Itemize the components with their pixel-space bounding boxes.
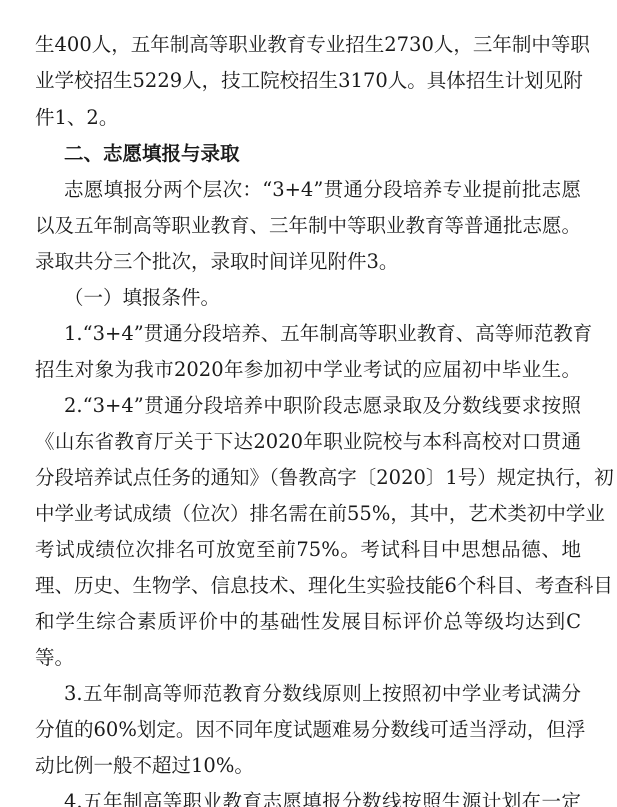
body-text-line: 志愿填报分两个层次：“3+4”贯通分段培养专业提前批志愿	[64, 178, 581, 202]
body-text-line: 分值的60%划定。因不同年度试题难易分数线可适当浮动，但浮	[35, 718, 581, 742]
body-text-line: 和学生综合素质评价中的基础性发展目标评价总等级均达到C	[35, 610, 581, 634]
subsection-heading: （一）填报条件。	[64, 286, 581, 310]
list-item-text: 1.“3+4”贯通分段培养、五年制高等职业教育、高等师范教育	[64, 322, 581, 346]
section-heading: 二、志愿填报与录取	[64, 142, 581, 166]
body-text-line: 理、历史、生物学、信息技术、理化生实验技能6个科目、考查科目	[35, 574, 581, 598]
body-text-line: 动比例一般不超过10%。	[35, 754, 581, 778]
list-item-text: 2.“3+4”贯通分段培养中职阶段志愿录取及分数线要求按照	[64, 394, 581, 418]
body-text-line: 考试成绩位次排名可放宽至前75%。考试科目中思想品德、地	[35, 538, 581, 562]
body-text-line: 分段培养试点任务的通知》（鲁教高字〔2020〕1号）规定执行，初	[35, 466, 581, 490]
body-text-line: 件1、2。	[35, 106, 581, 130]
list-item-text: 3.五年制高等师范教育分数线原则上按照初中学业考试满分	[64, 682, 581, 706]
body-text-line: 《山东省教育厅关于下达2020年职业院校与本科高校对口贯通	[35, 430, 581, 454]
body-text-line: 以及五年制高等职业教育、三年制中等职业教育等普通批志愿。	[35, 214, 581, 238]
body-text-line: 中学业考试成绩（位次）排名需在前55%，其中，艺术类初中学业	[35, 502, 581, 526]
body-text-line: 等。	[35, 646, 581, 670]
body-text-line: 生400人，五年制高等职业教育专业招生2730人，三年制中等职	[35, 33, 581, 57]
body-text-line: 录取共分三个批次，录取时间详见附件3。	[35, 250, 581, 274]
body-text-line: 业学校招生5229人，技工院校招生3170人。具体招生计划见附	[35, 69, 581, 93]
body-text-line: 招生对象为我市2020年参加初中学业考试的应届初中毕业生。	[35, 358, 581, 382]
document-page: 生400人，五年制高等职业教育专业招生2730人，三年制中等职 业学校招生522…	[0, 0, 617, 807]
list-item-text: 4.五年制高等职业教育志愿填报分数线按照生源计划在一定	[64, 790, 581, 807]
